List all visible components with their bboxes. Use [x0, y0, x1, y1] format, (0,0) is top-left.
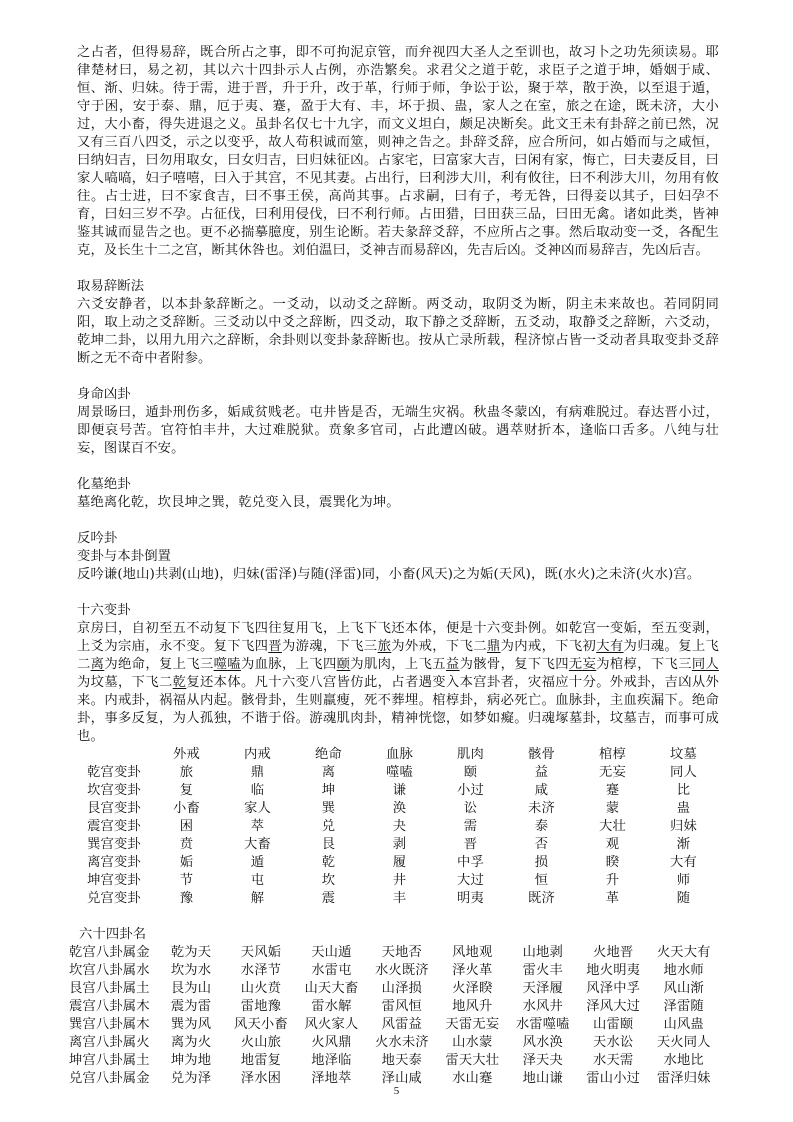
table-cell: 未济	[506, 800, 577, 818]
table-cell: 大畜	[222, 836, 293, 854]
table-cell: 归妹	[648, 818, 719, 836]
table-cell: 恒	[506, 872, 577, 890]
palace-label: 乾宫八卦属金	[69, 944, 156, 962]
hexagram-name: 坎为水	[156, 962, 225, 980]
hexagram-name: 离为火	[156, 1034, 225, 1052]
row-header: 坤宫变卦	[77, 872, 151, 890]
row-header: 艮宫变卦	[77, 800, 151, 818]
palace-label: 离宫八卦属火	[69, 1034, 156, 1052]
table-cell: 剥	[364, 836, 435, 854]
hexagram-name: 水雷屯	[296, 962, 366, 980]
hexagram-name: 山天大畜	[296, 980, 366, 998]
sixteen-bian-table: 外戒内戒绝命血脉肌肉骸骨棺椁坟墓乾宫变卦旅鼎离噬嗑颐益无妄同人坎宫变卦复临坤谦小…	[77, 746, 719, 908]
hexagram-name: 风火家人	[296, 1016, 366, 1034]
hexagram-name: 水天需	[578, 1052, 648, 1070]
hexagram-name: 山火贲	[226, 980, 296, 998]
hexagram-name: 泽天夬	[508, 1052, 578, 1070]
hexagram-name: 雷风恒	[367, 998, 437, 1016]
table-cell: 小过	[435, 782, 506, 800]
table-cell: 豫	[151, 890, 222, 908]
hexagram-name: 水风井	[508, 998, 578, 1016]
table-cell: 鼎	[222, 764, 293, 782]
table-cell: 谦	[364, 782, 435, 800]
hexagram-name: 火天大有	[648, 944, 719, 962]
table-row: 乾宫变卦旅鼎离噬嗑颐益无妄同人	[77, 764, 719, 782]
underlined-hexagram: 晋	[268, 639, 282, 654]
table-row: 坎宫变卦复临坤谦小过咸蹇比	[77, 782, 719, 800]
table-cell: 革	[577, 890, 648, 908]
text-run: 为游魂，下飞三	[282, 639, 378, 654]
table-cell: 节	[151, 872, 222, 890]
hexagram-name: 天泽履	[508, 980, 578, 998]
hexagram-name: 地火明夷	[578, 962, 648, 980]
table-cell: 坎	[293, 872, 364, 890]
table-cell: 小畜	[151, 800, 222, 818]
palace-label: 巽宫八卦属木	[69, 1016, 156, 1034]
table-row: 震宫变卦困萃兑夬需泰大壮归妹	[77, 818, 719, 836]
page-number: 5	[0, 1085, 793, 1097]
section-heading: 化墓绝卦	[77, 476, 719, 494]
table-cell: 丰	[364, 890, 435, 908]
section-body: 周景旸曰，遁卦刑伤多，姤咸贫贱老。屯井皆是否，无端生灾祸。秋蛊冬蒙凶，有病难脱过…	[77, 404, 719, 458]
column-header: 血脉	[364, 746, 435, 764]
table-cell: 困	[151, 818, 222, 836]
hexagram-name: 地雷复	[226, 1052, 296, 1070]
hexagram-name: 坤为地	[156, 1052, 225, 1070]
underlined-hexagram: 无妄	[569, 657, 596, 672]
section-heading: 反吟卦	[77, 530, 719, 548]
section-hua-mu-jue: 化墓绝卦 墓绝离化乾，坎艮坤之巽，乾兑变入艮，震巽化为坤。	[77, 476, 719, 512]
table-cell: 贲	[151, 836, 222, 854]
table-cell: 坤	[293, 782, 364, 800]
hexagram-name: 火水未济	[367, 1034, 437, 1052]
table-cell: 颐	[435, 764, 506, 782]
text-run: 为血脉，上飞四	[241, 657, 337, 672]
table-cell: 蛊	[648, 800, 719, 818]
table-cell: 乾	[293, 854, 364, 872]
table-cell: 同人	[648, 764, 719, 782]
table-cell: 讼	[435, 800, 506, 818]
text-run: 为坟墓，下飞二	[77, 675, 173, 690]
table-cell: 复	[151, 782, 222, 800]
table-cell: 随	[648, 890, 719, 908]
table-cell: 蹇	[577, 782, 648, 800]
hexagram-name: 泽雷随	[648, 998, 719, 1016]
row-header: 坎宫变卦	[77, 782, 151, 800]
table-cell: 遁	[222, 854, 293, 872]
table-cell: 明夷	[435, 890, 506, 908]
text-run: 为内戒，下飞初	[501, 639, 597, 654]
spacer	[77, 908, 719, 926]
hexagram-name: 天风姤	[226, 944, 296, 962]
section-fan-yin: 反吟卦 变卦与本卦倒置 反吟谦(地山)共剥(山地)，归妹(雷泽)与随(泽雷)同，…	[77, 530, 719, 584]
column-header: 绝命	[293, 746, 364, 764]
hexagram-name: 泽火革	[437, 962, 507, 980]
hexagram-name: 火山旅	[226, 1034, 296, 1052]
hexagram-name: 水火既济	[367, 962, 437, 980]
spacer	[77, 368, 719, 386]
table-cell: 井	[364, 872, 435, 890]
palace-label: 坤宫八卦属土	[69, 1052, 156, 1070]
spacer	[77, 458, 719, 476]
hexagram-name: 风天小畜	[226, 1016, 296, 1034]
table-cell: 比	[648, 782, 719, 800]
table-row: 离宫变卦姤遁乾履中孚损睽大有	[77, 854, 719, 872]
underlined-hexagram: 鼎	[487, 639, 501, 654]
table-cell: 兑	[293, 818, 364, 836]
underlined-hexagram: 益	[446, 657, 460, 672]
section-names64: 六十四卦名 乾宫八卦属金乾为天天风姤天山遁天地否风地观山地剥火地晋火天大有坎宫八…	[77, 926, 719, 1088]
hexagram-name: 山风蛊	[648, 1016, 719, 1034]
hexagram-names-table: 乾宫八卦属金乾为天天风姤天山遁天地否风地观山地剥火地晋火天大有坎宫八卦属水坎为水…	[69, 944, 719, 1088]
hexagram-name: 天水讼	[578, 1034, 648, 1052]
underlined-hexagram: 离	[91, 657, 105, 672]
table-cell: 蒙	[577, 800, 648, 818]
table-cell: 既济	[506, 890, 577, 908]
text-run: 为骸骨，复下飞四	[460, 657, 569, 672]
table-cell: 损	[506, 854, 577, 872]
hexagram-name: 火泽睽	[437, 980, 507, 998]
hexagram-name: 山水蒙	[437, 1034, 507, 1052]
document-page: 之占者，但得易辞，既合所占之事，即不可拘泥京管，而弁视四大圣人之至训也，故习卜之…	[77, 44, 719, 1088]
table-cell: 萃	[222, 818, 293, 836]
hexagram-name: 雷火丰	[508, 962, 578, 980]
hexagram-name: 地天泰	[367, 1052, 437, 1070]
table-cell: 震	[293, 890, 364, 908]
hexagram-name: 地风升	[437, 998, 507, 1016]
hexagram-name: 水地比	[648, 1052, 719, 1070]
table-cell: 观	[577, 836, 648, 854]
section-shen-ming: 身命凶卦 周景旸曰，遁卦刑伤多，姤咸贫贱老。屯井皆是否，无端生灾祸。秋蛊冬蒙凶，…	[77, 386, 719, 458]
table-cell: 渐	[648, 836, 719, 854]
table-cell: 涣	[364, 800, 435, 818]
palace-label: 震宫八卦属木	[69, 998, 156, 1016]
hexagram-name: 风泽中孚	[578, 980, 648, 998]
table-row: 艮宫八卦属土艮为山山火贲山天大畜山泽损火泽睽天泽履风泽中孚风山渐	[69, 980, 719, 998]
hexagram-name: 雷天大壮	[437, 1052, 507, 1070]
table-cell: 需	[435, 818, 506, 836]
table-cell: 晋	[435, 836, 506, 854]
table-cell: 艮	[293, 836, 364, 854]
underlined-hexagram: 乾	[173, 675, 187, 690]
text-run: 为肌肉，上飞五	[350, 657, 446, 672]
section-heading: 十六变卦	[77, 602, 719, 620]
section-body: 六爻安静者，以本卦彖辞断之。一爻动，以动爻之辞断。两爻动，取阴爻为断，阴主未来故…	[77, 296, 719, 368]
table-cell: 中孚	[435, 854, 506, 872]
hexagram-name: 天地否	[367, 944, 437, 962]
table-cell: 无妄	[577, 764, 648, 782]
hexagram-name: 水泽节	[226, 962, 296, 980]
table-cell: 睽	[577, 854, 648, 872]
section-subheading: 变卦与本卦倒置	[77, 548, 719, 566]
row-header: 震宫变卦	[77, 818, 151, 836]
hexagram-name: 风水涣	[508, 1034, 578, 1052]
table-row: 离宫八卦属火离为火火山旅火风鼎火水未济山水蒙风水涣天水讼天火同人	[69, 1034, 719, 1052]
spacer	[77, 512, 719, 530]
hexagram-name: 雷地豫	[226, 998, 296, 1016]
hexagram-name: 风雷益	[367, 1016, 437, 1034]
hexagram-name: 火风鼎	[296, 1034, 366, 1052]
hexagram-name: 泽风大过	[578, 998, 648, 1016]
hexagram-name: 天山遁	[296, 944, 366, 962]
table-cell: 师	[648, 872, 719, 890]
text-run: 为棺椁，下飞三	[596, 657, 692, 672]
table-cell: 泰	[506, 818, 577, 836]
column-header	[77, 746, 151, 764]
hexagram-name: 乾为天	[156, 944, 225, 962]
hexagram-name: 火地晋	[578, 944, 648, 962]
table-cell: 离	[293, 764, 364, 782]
underlined-hexagram: 大有	[596, 639, 623, 654]
table-row: 兑宫变卦豫解震丰明夷既济革随	[77, 890, 719, 908]
hexagram-name: 山泽损	[367, 980, 437, 998]
table-row: 坤宫变卦节屯坎井大过恒升师	[77, 872, 719, 890]
row-header: 兑宫变卦	[77, 890, 151, 908]
underlined-hexagram: 旅	[378, 639, 392, 654]
table-cell: 否	[506, 836, 577, 854]
hexagram-name: 地水师	[648, 962, 719, 980]
hexagram-name: 风山渐	[648, 980, 719, 998]
table-cell: 噬嗑	[364, 764, 435, 782]
underlined-hexagram: 颐	[337, 657, 351, 672]
column-header: 肌肉	[435, 746, 506, 764]
table-row: 震宫八卦属木震为雷雷地豫雷水解雷风恒地风升水风井泽风大过泽雷随	[69, 998, 719, 1016]
row-header: 巽宫变卦	[77, 836, 151, 854]
palace-label: 艮宫八卦属土	[69, 980, 156, 998]
section-heading: 取易辞断法	[77, 278, 719, 296]
hexagram-name: 山雷颐	[578, 1016, 648, 1034]
section-sixteen-bian: 十六变卦 京房曰，自初至五不动复下飞四往复用飞，上飞下飞还本体，便是十六变卦例。…	[77, 602, 719, 908]
row-header: 离宫变卦	[77, 854, 151, 872]
column-header: 棺椁	[577, 746, 648, 764]
table-cell: 姤	[151, 854, 222, 872]
table-cell: 夬	[364, 818, 435, 836]
hexagram-name: 震为雷	[156, 998, 225, 1016]
section-heading: 六十四卦名	[77, 926, 719, 944]
section-body: 墓绝离化乾，坎艮坤之巽，乾兑变入艮，震巽化为坤。	[77, 494, 719, 512]
table-cell: 大过	[435, 872, 506, 890]
spacer	[77, 584, 719, 602]
hexagram-name: 艮为山	[156, 980, 225, 998]
underlined-hexagram: 同人	[692, 657, 719, 672]
table-cell: 旅	[151, 764, 222, 782]
table-row: 巽宫变卦贲大畜艮剥晋否观渐	[77, 836, 719, 854]
section-heading: 身命凶卦	[77, 386, 719, 404]
column-header: 坟墓	[648, 746, 719, 764]
underlined-hexagram: 噬嗑	[214, 657, 241, 672]
table-header-row: 外戒内戒绝命血脉肌肉骸骨棺椁坟墓	[77, 746, 719, 764]
spacer	[77, 260, 719, 278]
text-run: 为外戒，下飞二	[391, 639, 487, 654]
hexagram-name: 雷水解	[296, 998, 366, 1016]
table-cell: 临	[222, 782, 293, 800]
hexagram-name: 山地剥	[508, 944, 578, 962]
table-row: 巽宫八卦属木巽为风风天小畜风火家人风雷益天雷无妄水雷噬嗑山雷颐山风蛊	[69, 1016, 719, 1034]
hexagram-name: 地泽临	[296, 1052, 366, 1070]
table-cell: 履	[364, 854, 435, 872]
table-row: 坎宫八卦属水坎为水水泽节水雷屯水火既济泽火革雷火丰地火明夷地水师	[69, 962, 719, 980]
table-cell: 巽	[293, 800, 364, 818]
section-body: 反吟谦(地山)共剥(山地)，归妹(雷泽)与随(泽雷)同，小畜(风天)之为姤(天风…	[77, 566, 719, 584]
hexagram-name: 天火同人	[648, 1034, 719, 1052]
table-cell: 益	[506, 764, 577, 782]
hexagram-name: 天雷无妄	[437, 1016, 507, 1034]
table-cell: 大有	[648, 854, 719, 872]
table-cell: 家人	[222, 800, 293, 818]
column-header: 骸骨	[506, 746, 577, 764]
text-run: 为绝命，复上飞三	[104, 657, 213, 672]
palace-label: 坎宫八卦属水	[69, 962, 156, 980]
table-row: 坤宫八卦属土坤为地地雷复地泽临地天泰雷天大壮泽天夬水天需水地比	[69, 1052, 719, 1070]
table-cell: 解	[222, 890, 293, 908]
table-cell: 大壮	[577, 818, 648, 836]
row-header: 乾宫变卦	[77, 764, 151, 782]
table-cell: 屯	[222, 872, 293, 890]
hexagram-name: 巽为风	[156, 1016, 225, 1034]
table-cell: 升	[577, 872, 648, 890]
section-qu-yi-ci: 取易辞断法 六爻安静者，以本卦彖辞断之。一爻动，以动爻之辞断。两爻动，取阴爻为断…	[77, 278, 719, 368]
intro-paragraph: 之占者，但得易辞，既合所占之事，即不可拘泥京管，而弁视四大圣人之至训也，故习卜之…	[77, 44, 719, 260]
column-header: 内戒	[222, 746, 293, 764]
column-header: 外戒	[151, 746, 222, 764]
hexagram-name: 风地观	[437, 944, 507, 962]
table-row: 艮宫变卦小畜家人巽涣讼未济蒙蛊	[77, 800, 719, 818]
table-cell: 咸	[506, 782, 577, 800]
hexagram-name: 水雷噬嗑	[508, 1016, 578, 1034]
section-body: 京房曰，自初至五不动复下飞四往复用飞，上飞下飞还本体，便是十六变卦例。如乾宫一变…	[77, 620, 719, 746]
table-row: 乾宫八卦属金乾为天天风姤天山遁天地否风地观山地剥火地晋火天大有	[69, 944, 719, 962]
